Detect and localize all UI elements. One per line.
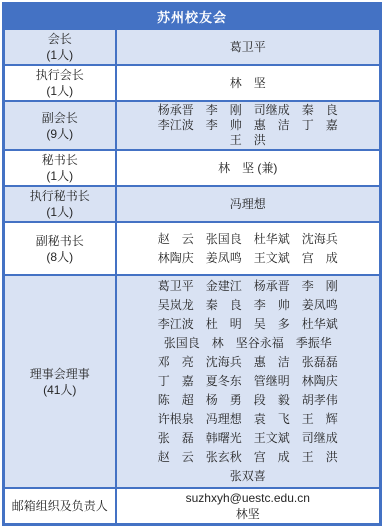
contact-name: 林坚 [119, 506, 378, 522]
role-title: 副会长 [7, 110, 113, 126]
role-cell: 执行秘书长 (1人) [4, 186, 116, 222]
names-cell: 赵 云 张国良 杜华斌 沈海兵 林陶庆 姜凤鸣 王文斌 宫 成 [116, 222, 381, 275]
table-title: 苏州校友会 [4, 4, 381, 30]
role-title: 会长 [7, 31, 113, 47]
role-cell: 副会长 (9人) [4, 101, 116, 150]
role-title: 执行会长 [7, 67, 113, 83]
table-row-president: 会长 (1人) 葛卫平 [4, 29, 381, 65]
name-line: 张 磊 韩曙光 王文斌 司继成 [119, 429, 378, 448]
role-count: (41人) [7, 382, 113, 398]
names-cell: 林 坚 [116, 65, 381, 101]
role-title: 秘书长 [7, 152, 113, 168]
role-count: (9人) [7, 126, 113, 142]
table-row-vice-president: 副会长 (9人) 杨承晋 李 刚 司继成 秦 良 李江波 李 帅 惠 洁 丁 嘉… [4, 101, 381, 150]
role-count: (1人) [7, 168, 113, 184]
name-line: 赵 云 张国良 杜华斌 沈海兵 [119, 230, 378, 249]
name-line: 葛卫平 金建江 杨承晋 李 刚 [119, 277, 378, 296]
name-line: 李江波 杜 明 吴 多 杜华斌 [119, 315, 378, 334]
role-title: 理事会理事 [7, 366, 113, 382]
name-line: 张国良 林 坚谷永福 季振华 [119, 334, 378, 353]
names-cell: 葛卫平 [116, 29, 381, 65]
table-row-email-contact: 邮箱组织及负责人 suzhxyh@uestc.edu.cn 林坚 [4, 488, 381, 525]
name-line: 许根泉 冯理想 袁 飞 王 辉 [119, 410, 378, 429]
name-line: 张双喜 [119, 467, 378, 486]
role-title: 邮箱组织及负责人 [7, 498, 113, 514]
name-line: 李江波 李 帅 惠 洁 丁 嘉 [119, 118, 378, 133]
role-cell: 秘书长 (1人) [4, 150, 116, 186]
role-cell: 执行会长 (1人) [4, 65, 116, 101]
table-row-council-members: 理事会理事 (41人) 葛卫平 金建江 杨承晋 李 刚 吴岚龙 秦 良 李 帅 … [4, 275, 381, 488]
name-line: 杨承晋 李 刚 司继成 秦 良 [119, 103, 378, 118]
names-cell: suzhxyh@uestc.edu.cn 林坚 [116, 488, 381, 525]
name-line: 林陶庆 姜凤鸣 王文斌 宫 成 [119, 249, 378, 268]
role-count: (1人) [7, 204, 113, 220]
table-row-deputy-secretary-general: 副秘书长 (8人) 赵 云 张国良 杜华斌 沈海兵 林陶庆 姜凤鸣 王文斌 宫 … [4, 222, 381, 275]
role-title: 副秘书长 [7, 233, 113, 249]
name-line: 林 坚 (兼) [119, 160, 378, 176]
name-line: 葛卫平 [119, 39, 378, 55]
names-cell: 葛卫平 金建江 杨承晋 李 刚 吴岚龙 秦 良 李 帅 姜凤鸣 李江波 杜 明 … [116, 275, 381, 488]
name-line: 王 洪 [119, 133, 378, 148]
table-header-row: 苏州校友会 [4, 4, 381, 30]
name-line: 邓 亮 沈海兵 惠 洁 张磊磊 [119, 353, 378, 372]
role-title: 执行秘书长 [7, 188, 113, 204]
name-line: 林 坚 [119, 75, 378, 91]
role-count: (1人) [7, 47, 113, 63]
name-line: 丁 嘉 夏冬东 管继明 林陶庆 [119, 372, 378, 391]
name-line: 赵 云 张玄秋 宫 成 王 洪 [119, 448, 378, 467]
table-row-secretary-general: 秘书长 (1人) 林 坚 (兼) [4, 150, 381, 186]
names-cell: 林 坚 (兼) [116, 150, 381, 186]
role-count: (1人) [7, 83, 113, 99]
names-cell: 杨承晋 李 刚 司继成 秦 良 李江波 李 帅 惠 洁 丁 嘉 王 洪 [116, 101, 381, 150]
table-row-executive-secretary-general: 执行秘书长 (1人) 冯理想 [4, 186, 381, 222]
email-text: suzhxyh@uestc.edu.cn [119, 490, 378, 506]
alumni-association-table: 苏州校友会 会长 (1人) 葛卫平 执行会长 (1人) 林 坚 副会长 (9人)… [2, 2, 382, 526]
name-line: 冯理想 [119, 196, 378, 212]
table-row-executive-president: 执行会长 (1人) 林 坚 [4, 65, 381, 101]
role-count: (8人) [7, 249, 113, 265]
role-cell: 会长 (1人) [4, 29, 116, 65]
role-cell: 理事会理事 (41人) [4, 275, 116, 488]
names-cell: 冯理想 [116, 186, 381, 222]
name-line: 吴岚龙 秦 良 李 帅 姜凤鸣 [119, 296, 378, 315]
role-cell: 副秘书长 (8人) [4, 222, 116, 275]
name-line: 陈 超 杨 勇 段 毅 胡孝伟 [119, 391, 378, 410]
role-cell: 邮箱组织及负责人 [4, 488, 116, 525]
